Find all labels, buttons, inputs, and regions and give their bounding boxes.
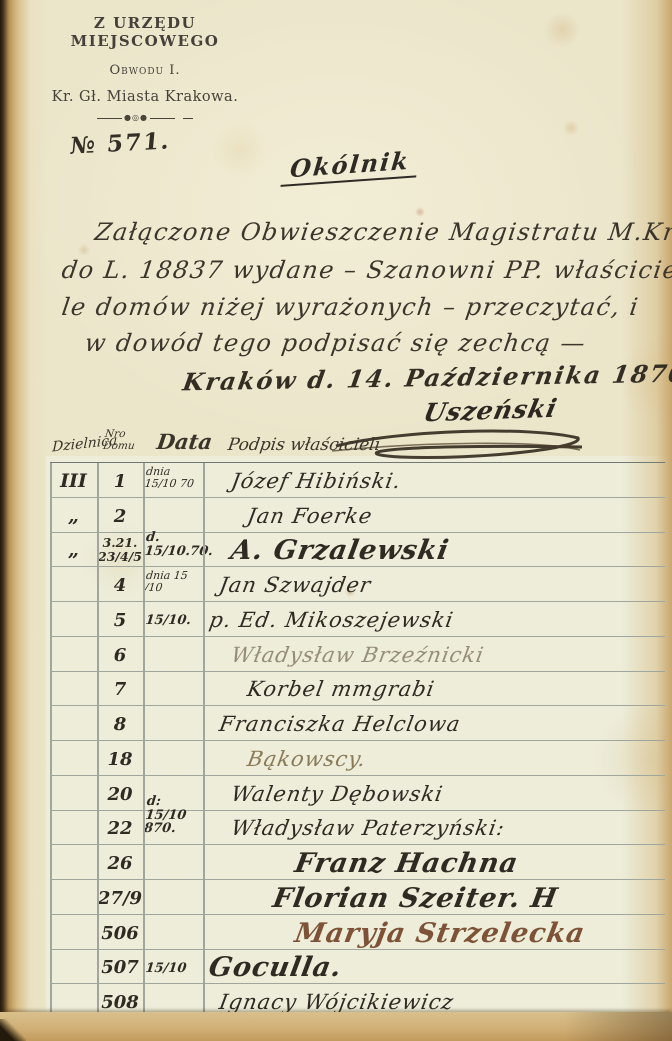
divider-ornament: ●◎● <box>97 114 193 123</box>
date-line: Kraków d. 14. Października 1870 <box>181 359 672 397</box>
cell-podpis: Korbel mmgrabi <box>201 679 668 705</box>
body-line: w dowód tego podpisać się zechcą — <box>83 329 588 357</box>
cell-data: d. 15/10.70. <box>141 531 205 566</box>
cell-data <box>143 767 204 775</box>
cell-podpis: Władysław Brzeźnicki <box>201 645 668 671</box>
cell-dzielnica <box>50 838 97 844</box>
cell-dzielnica <box>50 769 97 775</box>
cell-dzielnica <box>50 977 97 983</box>
col-header-nr-domu: Nro Domu <box>102 429 137 452</box>
cell-dzielnica <box>50 595 97 601</box>
cell-nr-domu: 20 <box>97 786 143 810</box>
cell-podpis: Maryja Strzelecka <box>200 920 667 949</box>
cell-dzielnica <box>50 943 97 949</box>
cell-data: dnia 15/10 70 <box>141 466 204 497</box>
cell-podpis: Ignacy Wójcikiewicz <box>201 992 668 1018</box>
cell-podpis: Florian Szeiter. H <box>200 885 667 914</box>
cell-data <box>143 697 204 705</box>
cell-nr-domu: 507 <box>97 959 143 983</box>
cell-nr-domu: 506 <box>97 925 143 949</box>
cell-dzielnica <box>50 804 97 810</box>
cell-podpis: Józef Hibiński. <box>201 471 668 497</box>
office-name: Z URZĘDU MIEJSCOWEGO <box>30 14 260 50</box>
cell-podpis: Goculla. <box>200 954 667 983</box>
cell-nr-domu: 22 <box>97 820 143 844</box>
cell-nr-domu: 5 <box>97 612 143 636</box>
district-line: Obwodu I. <box>30 63 260 78</box>
cell-podpis: Jan Szwajder <box>201 575 668 601</box>
cell-podpis: p. Ed. Mikoszejewski <box>201 610 668 636</box>
cell-podpis: Jan Foerke <box>201 506 668 532</box>
cell-data: d: 15/10 870. <box>140 795 205 844</box>
document-page: Z URZĘDU MIEJSCOWEGO Obwodu I. Kr. Gł. M… <box>0 0 672 1041</box>
cell-data <box>143 663 204 671</box>
cell-dzielnica <box>50 1012 97 1018</box>
body-line: le domów niżej wyrażonych – przeczytać, … <box>60 293 641 321</box>
cell-dzielnica: III <box>50 472 97 497</box>
cell-nr-domu: 7 <box>97 681 143 705</box>
body-line: do L. 18837 wydane – Szanowni PP. właści… <box>60 256 672 284</box>
cell-podpis: A. Grzalewski <box>200 537 667 566</box>
cell-nr-domu: 27/9 <box>97 890 143 914</box>
cell-nr-domu: 2 <box>97 508 143 532</box>
cell-nr-domu: 18 <box>97 751 143 775</box>
col-header-data: Data <box>155 429 214 454</box>
cell-data <box>143 1010 204 1018</box>
cell-podpis: Franz Hachna <box>200 850 667 879</box>
cell-data: 15/10. <box>142 614 204 636</box>
cell-nr-domu: 26 <box>97 855 143 879</box>
cell-dzielnica <box>50 873 97 879</box>
col-header-podpis: Podpis właścicieli <box>227 435 382 455</box>
cell-data <box>143 871 204 879</box>
cell-nr-domu: 4 <box>97 577 143 601</box>
table-vline <box>97 463 99 1019</box>
cell-dzielnica <box>50 630 97 636</box>
document-number: № 571. <box>69 127 172 159</box>
scan-edge-left <box>0 0 48 1041</box>
cell-nr-domu: 508 <box>97 994 143 1018</box>
letterhead: Z URZĘDU MIEJSCOWEGO Obwodu I. Kr. Gł. M… <box>30 14 260 123</box>
cell-podpis: Władysław Paterzyński: <box>201 818 668 844</box>
cell-dzielnica: „ <box>50 507 97 532</box>
cell-data: dnia 15 /10 <box>141 570 204 601</box>
table-vline <box>50 463 52 1019</box>
cell-data <box>143 906 204 914</box>
cell-podpis: Franciszka Helclowa <box>201 714 668 740</box>
cell-dzielnica <box>50 734 97 740</box>
cell-data <box>143 732 204 740</box>
cell-data: 15/10 <box>142 962 204 984</box>
cell-podpis: Bąkowscy. <box>201 749 668 775</box>
cell-dzielnica: „ <box>50 541 97 566</box>
document-title: Okólnik <box>280 145 419 187</box>
signature-table: III 1 dnia 15/10 70 Józef Hibiński. „ 2 … <box>50 462 665 1019</box>
cell-data <box>143 941 204 949</box>
cell-dzielnica <box>50 908 97 914</box>
table-vline <box>143 463 145 1019</box>
cell-dzielnica <box>50 665 97 671</box>
cell-nr-domu: 6 <box>97 647 143 671</box>
cell-nr-domu: 3.21. 23/4/5 <box>97 536 143 567</box>
table-vline <box>203 463 205 1019</box>
cell-dzielnica <box>50 699 97 705</box>
city-line: Kr. Gł. Miasta Krakowa. <box>30 89 260 105</box>
cell-nr-domu: 1 <box>97 473 143 497</box>
table-header: Dzielnica Nro Domu Data Podpis właścicie… <box>0 428 672 462</box>
body-line: Załączone Obwieszczenie Magistratu M.Kra… <box>93 218 672 246</box>
cell-podpis: Walenty Dębowski <box>201 784 668 810</box>
cell-nr-domu: 8 <box>97 716 143 740</box>
